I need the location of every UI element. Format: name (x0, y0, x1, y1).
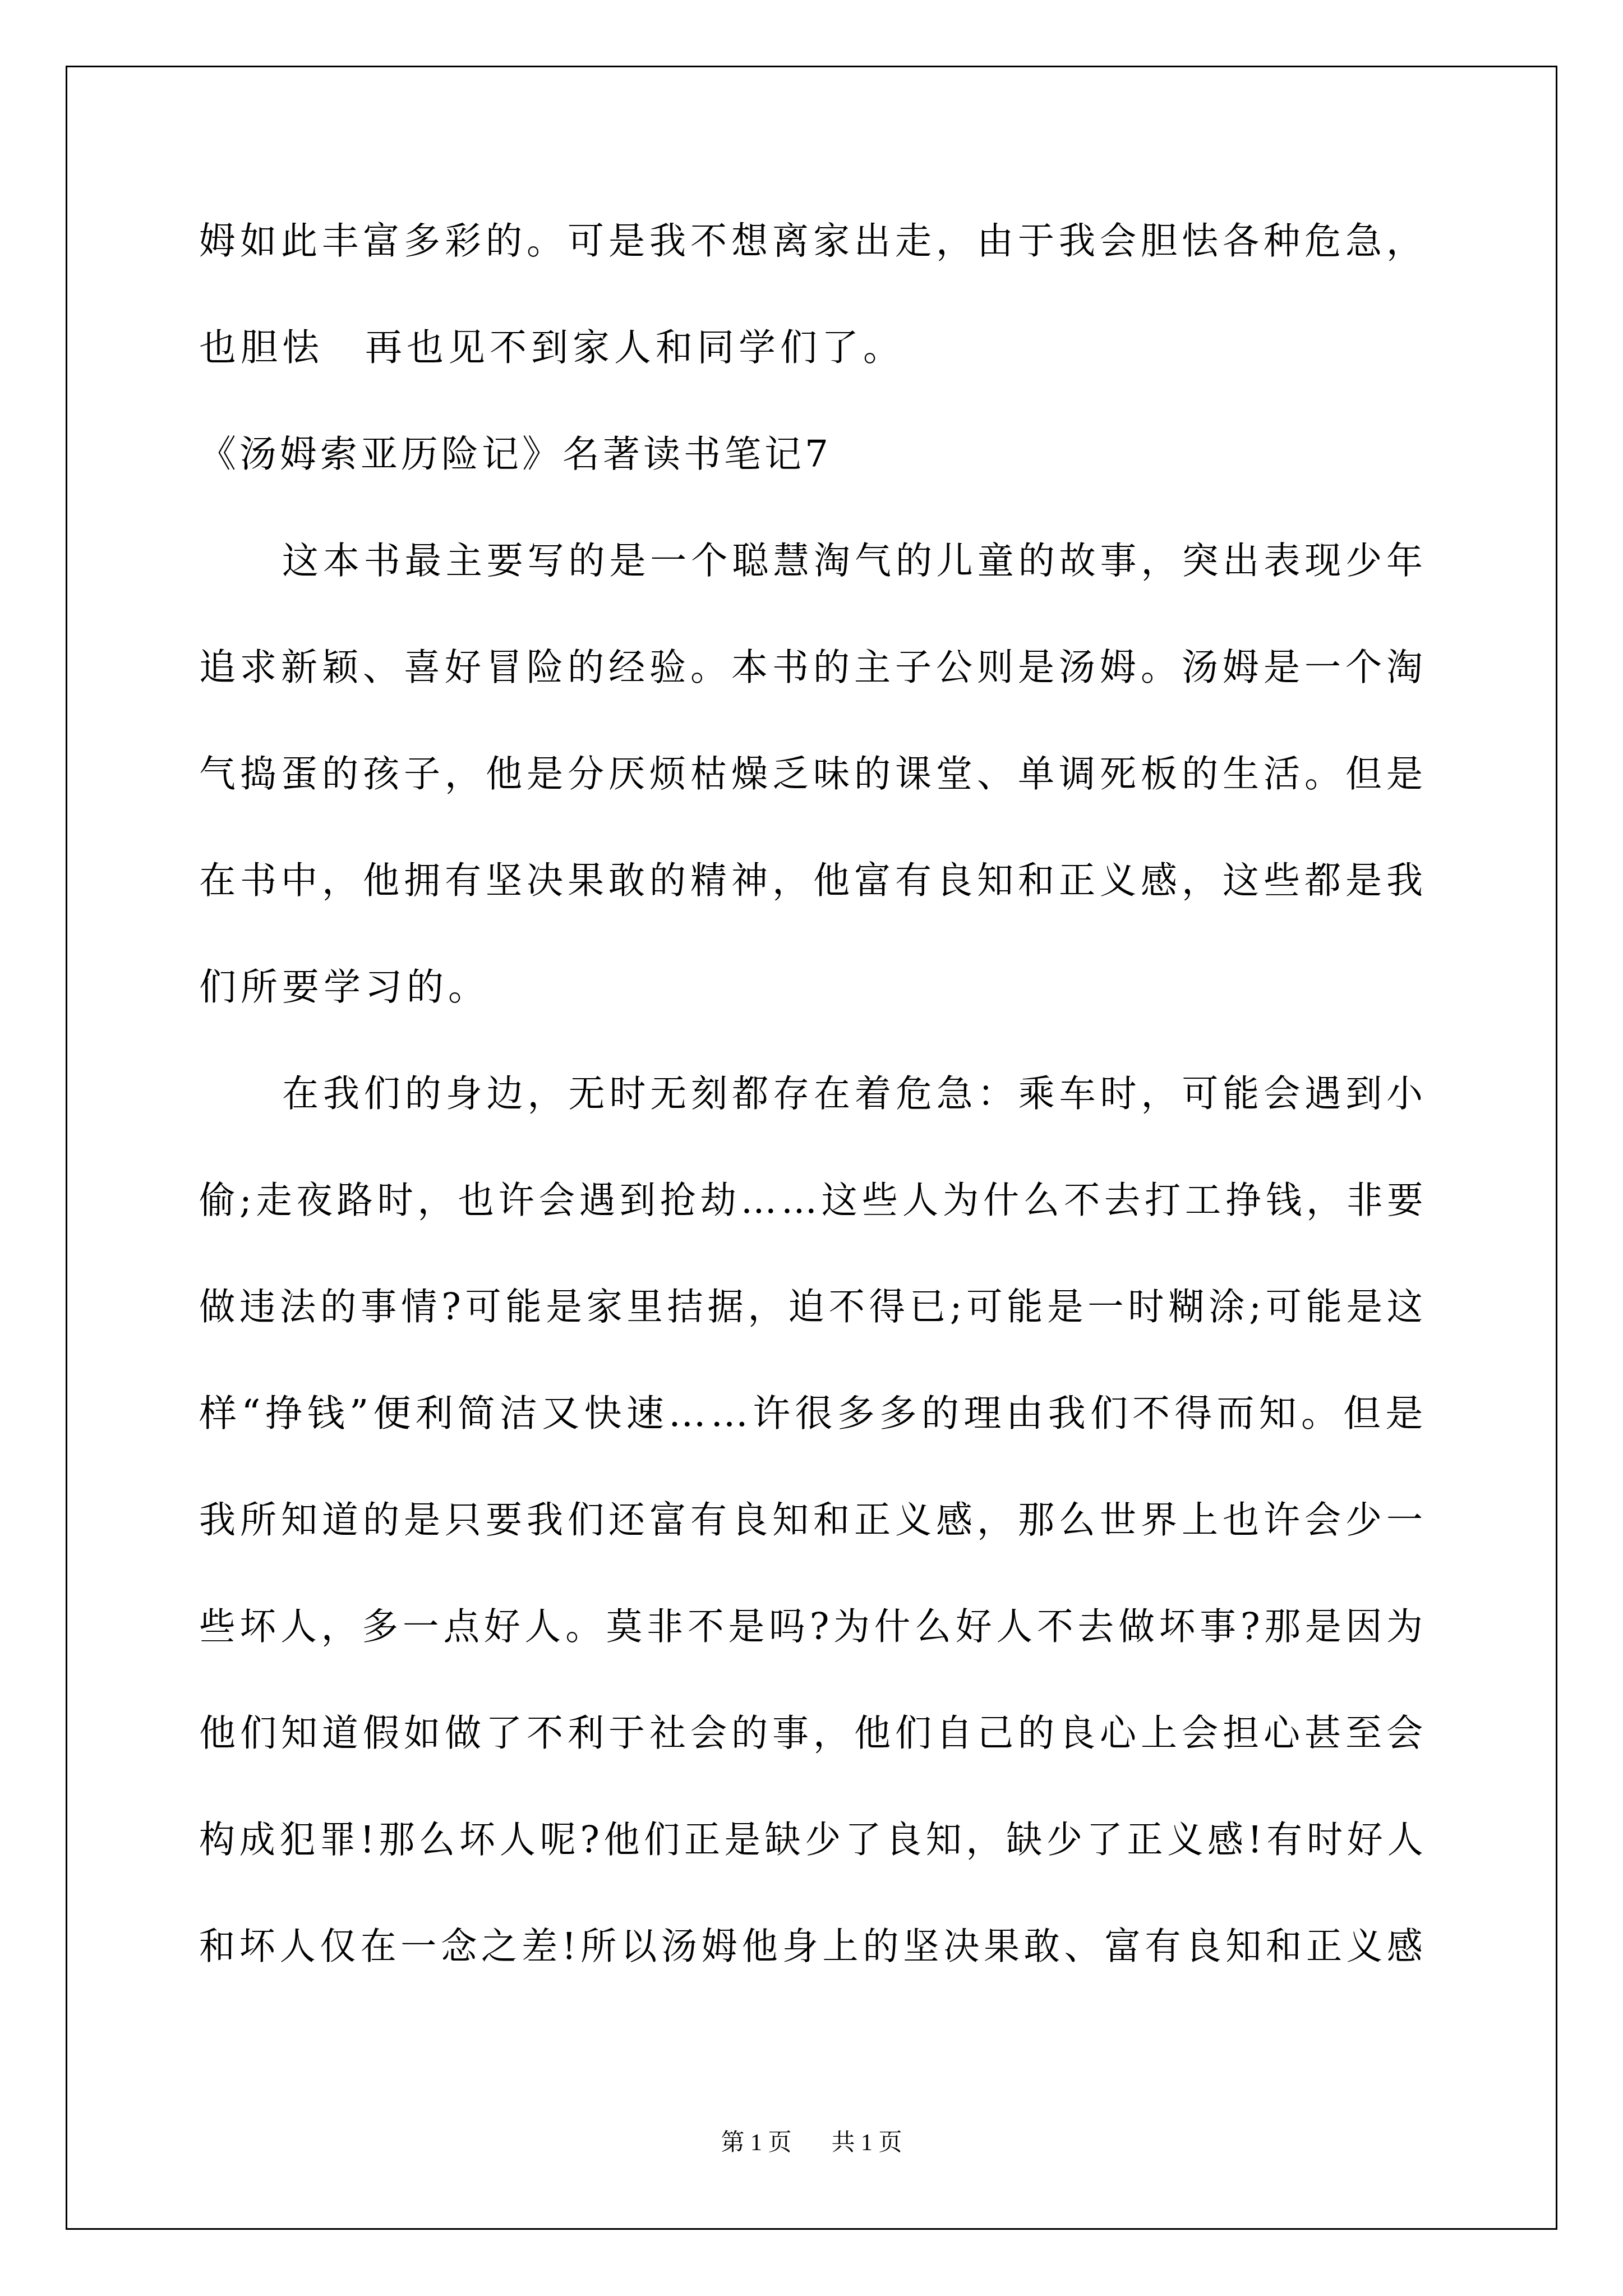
paragraph-line: 些坏人，多一点好人。莫非不是吗?为什么好人不去做坏事?那是因为 (199, 1599, 1427, 1655)
total-label-suffix: 页 (879, 2126, 902, 2160)
paragraph-line: 他们知道假如做了不利于社会的事，他们自己的良心上会担心甚至会 (199, 1705, 1427, 1761)
total-label-prefix: 共 (832, 2126, 855, 2160)
paragraph-line: 姆如此丰富多彩的。可是我不想离家出走，由于我会胆怯各种危急， (199, 213, 1427, 269)
paragraph-line: 样“挣钱”便利简洁又快速……许很多多的理由我们不得而知。但是 (199, 1386, 1427, 1442)
page-border (66, 66, 1557, 2230)
paragraph-line: 和坏人仅在一念之差!所以汤姆他身上的坚决果敢、富有良知和正义感 (199, 1918, 1427, 1975)
paragraph-line: 我所知道的是只要我们还富有良知和正义感，那么世界上也许会少一 (199, 1492, 1427, 1548)
paragraph-line: 在书中，他拥有坚决果敢的精神，他富有良知和正义感，这些都是我 (199, 853, 1427, 909)
paragraph-line: 也胆怯 再也见不到家人和同学们了。 (199, 320, 905, 376)
section-heading: 《汤姆索亚历险记》名著读书笔记7 (199, 426, 832, 482)
page-number-current: 第 1 页 (721, 2126, 791, 2160)
paragraph-line: 做违法的事情?可能是家里拮据，迫不得已;可能是一时糊涂;可能是这 (199, 1279, 1427, 1335)
page-label-suffix: 页 (768, 2126, 791, 2160)
paragraph-line: 们所要学习的。 (199, 959, 490, 1015)
total-page-number: 1 (861, 2126, 873, 2160)
paragraph-line: 气捣蛋的孩子，他是分厌烦枯燥乏味的课堂、单调死板的生活。但是 (199, 746, 1427, 802)
paragraph-line: 构成犯罪!那么坏人呢?他们正是缺少了良知，缺少了正义感!有时好人 (199, 1812, 1427, 1868)
page-footer: 第 1 页 共 1 页 (0, 2126, 1623, 2160)
page-number-total: 共 1 页 (832, 2126, 902, 2160)
paragraph-line: 追求新颖、喜好冒险的经验。本书的主子公则是汤姆。汤姆是一个淘 (199, 639, 1427, 696)
page-label-prefix: 第 (721, 2126, 744, 2160)
paragraph-line: 在我们的身边，无时无刻都存在着危急：乘车时，可能会遇到小 (282, 1066, 1427, 1122)
current-page-number: 1 (750, 2126, 762, 2160)
paragraph-line: 偷;走夜路时，也许会遇到抢劫……这些人为什么不去打工挣钱，非要 (199, 1172, 1427, 1228)
paragraph-line: 这本书最主要写的是一个聪慧淘气的儿童的故事，突出表现少年 (282, 533, 1427, 589)
